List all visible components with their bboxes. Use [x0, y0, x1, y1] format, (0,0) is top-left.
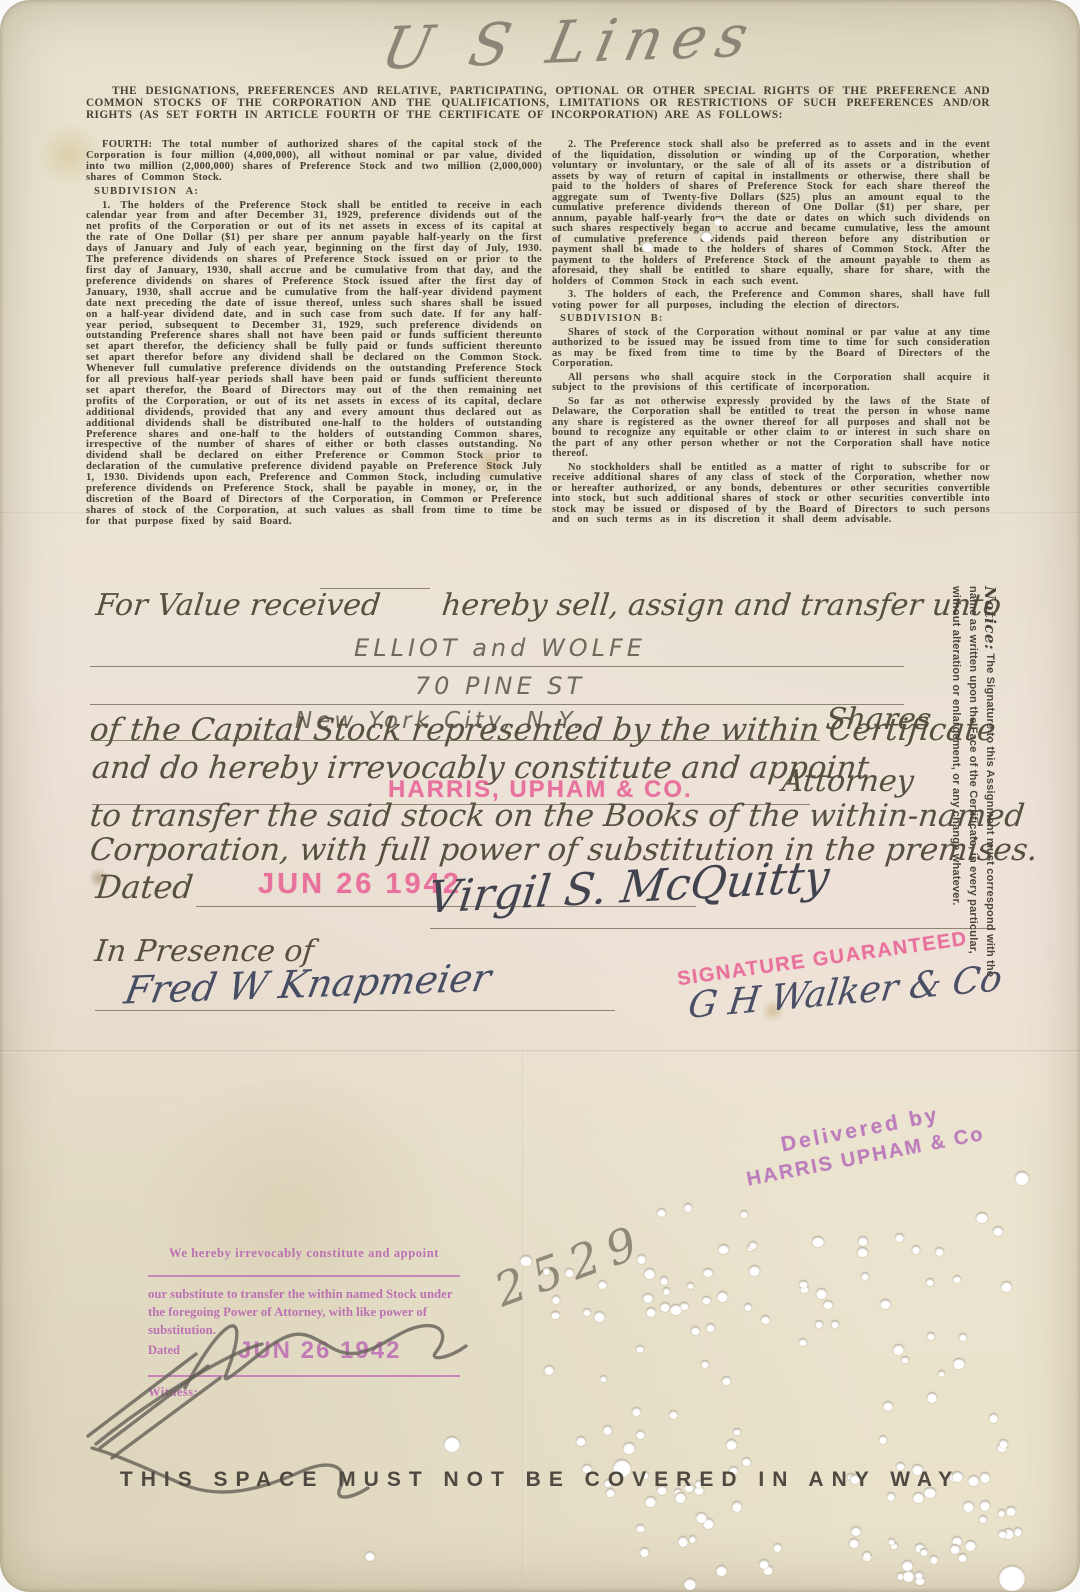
substitute-witness-label: Witness:	[148, 1385, 460, 1400]
punch-hole	[701, 1360, 709, 1368]
punch-hole	[880, 1299, 890, 1309]
punch-hole	[636, 1524, 644, 1532]
punch-hole	[858, 1236, 868, 1246]
punch-hole	[744, 1303, 752, 1311]
punch-hole	[927, 1392, 937, 1402]
punch-hole	[930, 1555, 939, 1564]
punch-hole	[660, 1302, 670, 1312]
punch-hole	[883, 1401, 893, 1411]
punch-hole	[717, 1291, 728, 1302]
substitute-rule	[148, 1275, 460, 1277]
punch-hole	[644, 1268, 655, 1279]
punch-hole	[643, 1293, 653, 1303]
legal-subdivision-a-heading: SUBDIVISION A:	[86, 187, 542, 198]
punch-hole	[642, 241, 653, 252]
punch-hole	[520, 1255, 532, 1267]
punch-hole	[799, 1338, 807, 1346]
legal-column-left: FOURTH: The total number of authorized s…	[86, 140, 542, 531]
punch-hole	[703, 1268, 712, 1277]
assignee-address-line	[90, 704, 904, 705]
punch-hole	[920, 1548, 927, 1555]
punch-hole	[998, 1530, 1006, 1538]
punch-hole	[950, 1544, 960, 1554]
punch-hole	[603, 1425, 613, 1435]
signature-line	[430, 928, 996, 929]
punch-hole	[965, 1540, 976, 1551]
legal-paragraph: So far as not otherwise expressly provid…	[552, 397, 990, 460]
assignee-name-line	[90, 666, 904, 667]
punch-hole	[879, 1435, 888, 1444]
punch-hole	[740, 1210, 748, 1218]
punch-hole	[993, 1226, 1003, 1236]
punch-hole	[576, 1436, 586, 1446]
punch-hole	[749, 1265, 760, 1276]
punch-hole	[823, 1300, 833, 1310]
punch-hole	[831, 1320, 839, 1328]
punch-hole	[660, 1276, 669, 1285]
punch-hole	[678, 1536, 688, 1546]
punch-hole	[689, 1535, 697, 1543]
punch-hole	[680, 1302, 689, 1311]
notice-sidebar: Notice: The Signature to this Assignment…	[926, 586, 998, 994]
punch-hole	[815, 1320, 823, 1328]
assignee-address-handwriting: 70 PINE ST	[0, 672, 1000, 700]
legal-paragraph: Shares of stock of the Corporation witho…	[552, 328, 990, 370]
punch-hole	[959, 1333, 967, 1341]
punch-hole	[816, 1288, 827, 1299]
substitute-line1: We hereby irrevocably constitute and app…	[148, 1246, 460, 1261]
punch-hole	[912, 1245, 920, 1253]
punch-hole	[799, 1280, 808, 1289]
punch-hole	[980, 1500, 991, 1511]
capital-stock-line: of the Capital Stock represented by the …	[88, 712, 997, 748]
punch-hole	[851, 1526, 861, 1536]
punch-hole	[999, 1565, 1025, 1591]
premises-line: Corporation, with full power of substitu…	[88, 832, 1039, 868]
punch-hole	[901, 1356, 909, 1364]
punch-hole	[812, 1236, 823, 1247]
punch-hole	[953, 1275, 961, 1283]
punch-hole	[1006, 1506, 1016, 1516]
legal-heading: THE DESIGNATIONS, PREFERENCES AND RELATI…	[86, 86, 990, 122]
punch-hole	[684, 1578, 696, 1590]
punch-hole	[645, 1496, 656, 1507]
punch-hole	[902, 1560, 913, 1571]
punch-hole	[675, 1492, 686, 1503]
punch-hole	[716, 1565, 727, 1576]
attorney-label: Attorney	[780, 764, 915, 799]
punch-hole	[702, 1296, 711, 1305]
punch-hole	[691, 1326, 700, 1335]
punch-hole	[623, 1442, 635, 1454]
substitute-rule	[148, 1375, 460, 1377]
punch-hole	[640, 1547, 649, 1556]
bottom-warning-text: THIS SPACE MUST NOT BE COVERED IN ANY WA…	[0, 1468, 1080, 1492]
punch-hole	[976, 1212, 987, 1223]
punch-hole	[998, 1509, 1006, 1517]
handwritten-company-title: U S Lines	[263, 0, 877, 87]
punch-hole	[1014, 1527, 1023, 1536]
punch-hole	[926, 1278, 933, 1285]
punch-hole	[759, 1559, 769, 1569]
notice-label: Notice:	[981, 586, 999, 650]
punch-hole	[857, 1247, 867, 1257]
punch-hole	[365, 1551, 375, 1561]
punch-hole	[749, 1241, 758, 1250]
punch-hole	[632, 1407, 641, 1416]
legal-paragraph: 3. The holders of each, the Preference a…	[552, 290, 990, 311]
punch-hole	[935, 1247, 944, 1256]
punch-hole	[636, 1430, 645, 1439]
legal-paragraph: 1. The holders of the Preference Stock s…	[86, 201, 542, 528]
punch-hole	[733, 1428, 741, 1436]
punch-hole	[887, 1492, 895, 1500]
punch-hole	[657, 1208, 667, 1218]
punch-hole	[863, 1551, 871, 1559]
punch-hole	[444, 1436, 460, 1452]
substitute-dated-row: Dated JUN 26 1942	[148, 1343, 460, 1373]
punch-hole	[953, 1358, 964, 1369]
punch-hole	[849, 1538, 859, 1548]
punch-hole	[544, 1365, 554, 1375]
punch-hole	[600, 1375, 607, 1382]
punch-hole	[636, 1345, 644, 1353]
punch-hole	[893, 1344, 904, 1355]
punch-hole	[1015, 1171, 1029, 1185]
punch-hole	[895, 1233, 904, 1242]
punch-hole	[761, 1315, 770, 1324]
punch-hole	[583, 1308, 591, 1316]
punch-hole	[701, 231, 712, 242]
legal-paragraph: No stockholders shall be entitled as a m…	[552, 463, 990, 526]
assignee-name-handwriting: ELLIOT and WOLFE	[0, 634, 1000, 662]
punch-hole	[543, 1267, 550, 1274]
punch-hole	[663, 1287, 670, 1294]
legal-paragraph: All persons who shall acquire stock in t…	[552, 373, 990, 394]
transfer-line: to transfer the said stock on the Books …	[88, 798, 1026, 834]
legal-paragraph: 2. The Preference stock shall also be pr…	[552, 140, 990, 287]
punch-hole	[552, 1295, 560, 1303]
punch-hole	[915, 1571, 923, 1579]
punch-hole	[646, 1307, 656, 1317]
punch-hole	[732, 1501, 743, 1512]
fold-crease	[522, 1050, 524, 1592]
punch-hole	[718, 1244, 728, 1254]
punch-hole	[551, 1311, 560, 1320]
punch-hole	[938, 1370, 945, 1377]
punch-hole	[565, 1268, 574, 1277]
punch-hole	[861, 1272, 869, 1280]
punch-hole	[726, 1439, 737, 1450]
punch-hole	[684, 1203, 693, 1212]
legal-paragraph: FOURTH: The total number of authorized s…	[86, 140, 542, 184]
substitute-date-stamp: JUN 26 1942	[238, 1337, 401, 1365]
punch-hole	[913, 1492, 924, 1503]
punch-hole	[963, 1501, 974, 1512]
punch-hole	[598, 1280, 607, 1289]
substitute-dated-label: Dated	[148, 1343, 180, 1357]
delivered-by-stamp: Delivered by HARRIS UPHAM & Co	[739, 1095, 986, 1191]
punch-hole	[958, 1553, 967, 1562]
punch-hole	[594, 1311, 605, 1322]
punch-hole	[637, 1254, 646, 1263]
punch-hole	[989, 1413, 998, 1422]
witness-line	[95, 1010, 615, 1011]
for-value-received-label: For Value received	[94, 588, 382, 623]
punch-hole	[903, 1570, 914, 1581]
punch-hole	[722, 1376, 731, 1385]
punch-hole	[687, 1282, 695, 1290]
punch-hole	[773, 1543, 782, 1552]
punch-hole	[999, 1439, 1008, 1448]
punch-hole	[1001, 1281, 1012, 1292]
punch-hole	[927, 1332, 935, 1340]
punch-hole	[669, 1410, 678, 1419]
pencil-lot-number: 2529	[488, 1213, 654, 1317]
substitute-power-stamp: We hereby irrevocably constitute and app…	[148, 1246, 460, 1400]
certificate-back-page: U S Lines THE DESIGNATIONS, PREFERENCES …	[0, 0, 1080, 1592]
legal-subdivision-b-heading: SUBDIVISION B:	[552, 314, 990, 325]
substitute-line2: our substitute to transfer the within na…	[148, 1285, 460, 1339]
blank-line	[320, 588, 430, 589]
punch-hole	[696, 1512, 707, 1523]
punch-hole	[979, 1515, 987, 1523]
fold-crease	[0, 1050, 1080, 1053]
dated-label: Dated	[94, 868, 195, 906]
punch-hole	[706, 1323, 715, 1332]
sell-assign-label: hereby sell, assign and transfer unto	[440, 588, 1003, 623]
punch-hole	[742, 1457, 751, 1466]
legal-column-right: 2. The Preference stock shall also be pr…	[552, 140, 990, 529]
